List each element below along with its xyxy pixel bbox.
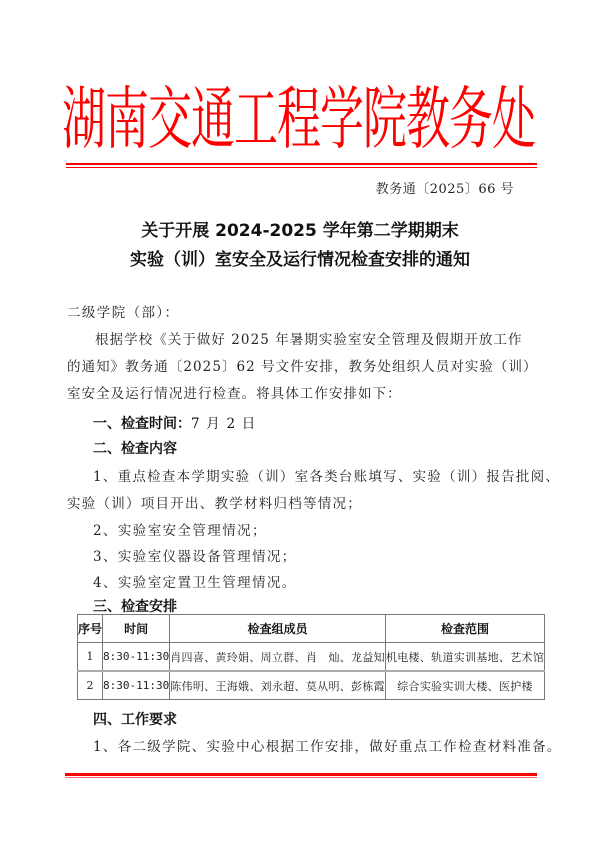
- footer-red-rule: [65, 773, 537, 778]
- cell-no: 2: [78, 671, 103, 700]
- document-page: 湖南交通工程学院教务处 教务通〔2025〕66 号 关于开展 2024-2025…: [0, 0, 600, 848]
- intro-paragraph: 根据学校《关于做好 2025 年暑期实验室安全管理及假期开放工作的通知》教务通〔…: [67, 327, 537, 408]
- content-item-2: 2、实验室安全管理情况；: [93, 519, 267, 539]
- cell-scope: 机电楼、轨道实训基地、艺术馆: [385, 643, 544, 672]
- cell-time: 8:30-11:30: [103, 643, 170, 672]
- cell-time: 8:30-11:30: [103, 671, 170, 700]
- content-item-4: 4、实验室定置卫生管理情况。: [93, 571, 297, 591]
- inspection-schedule-table: 序号 时间 检查组成员 检查范围 1 8:30-11:30 肖四喜、黄玲娟、周立…: [77, 614, 545, 700]
- cell-members: 陈伟明、王海娥、刘永超、莫从明、彭栋霞: [170, 671, 386, 700]
- document-title-line-1: 关于开展 2024-2025 学年第二学期期末: [0, 216, 600, 241]
- table-header-row: 序号 时间 检查组成员 检查范围: [78, 615, 545, 643]
- letterhead-red-rule: [66, 163, 537, 168]
- header-no: 序号: [78, 615, 103, 643]
- section-1-inspection-time: 一、检查时间：7 月 2 日: [93, 412, 256, 433]
- section-2-heading: 二、检查内容: [93, 438, 177, 458]
- table-row: 1 8:30-11:30 肖四喜、黄玲娟、周立群、肖 灿、龙益知 机电楼、轨道实…: [78, 643, 545, 672]
- requirement-item-1: 1、各二级学院、实验中心根据工作安排，做好重点工作检查材料准备。: [93, 735, 562, 755]
- content-item-3: 3、实验室仪器设备管理情况；: [93, 545, 297, 565]
- header-members: 检查组成员: [170, 615, 386, 643]
- inspection-date: 7 月 2 日: [191, 416, 256, 432]
- content-item-1-line-2: 实验（训）项目开出、教学材料归档等情况；: [67, 492, 362, 512]
- document-number: 教务通〔2025〕66 号: [376, 178, 514, 197]
- content-item-1-line-1: 1、重点检查本学期实验（训）室各类台账填写、实验（训）报告批阅、: [93, 465, 560, 485]
- section-4-heading: 四、工作要求: [93, 709, 177, 729]
- salutation: 二级学院（部）：: [67, 300, 537, 327]
- cell-members: 肖四喜、黄玲娟、周立群、肖 灿、龙益知: [170, 643, 386, 672]
- cell-no: 1: [78, 643, 103, 672]
- header-scope: 检查范围: [385, 615, 544, 643]
- table-row: 2 8:30-11:30 陈伟明、王海娥、刘永超、莫从明、彭栋霞 综合实验实训大…: [78, 671, 545, 700]
- section-3-heading: 三、检查安排: [93, 596, 177, 616]
- cell-scope: 综合实验实训大楼、医护楼: [385, 671, 544, 700]
- header-time: 时间: [103, 615, 170, 643]
- document-title-line-2: 实验（训）室安全及运行情况检查安排的通知: [0, 245, 600, 270]
- section-1-heading: 一、检查时间：: [93, 416, 191, 432]
